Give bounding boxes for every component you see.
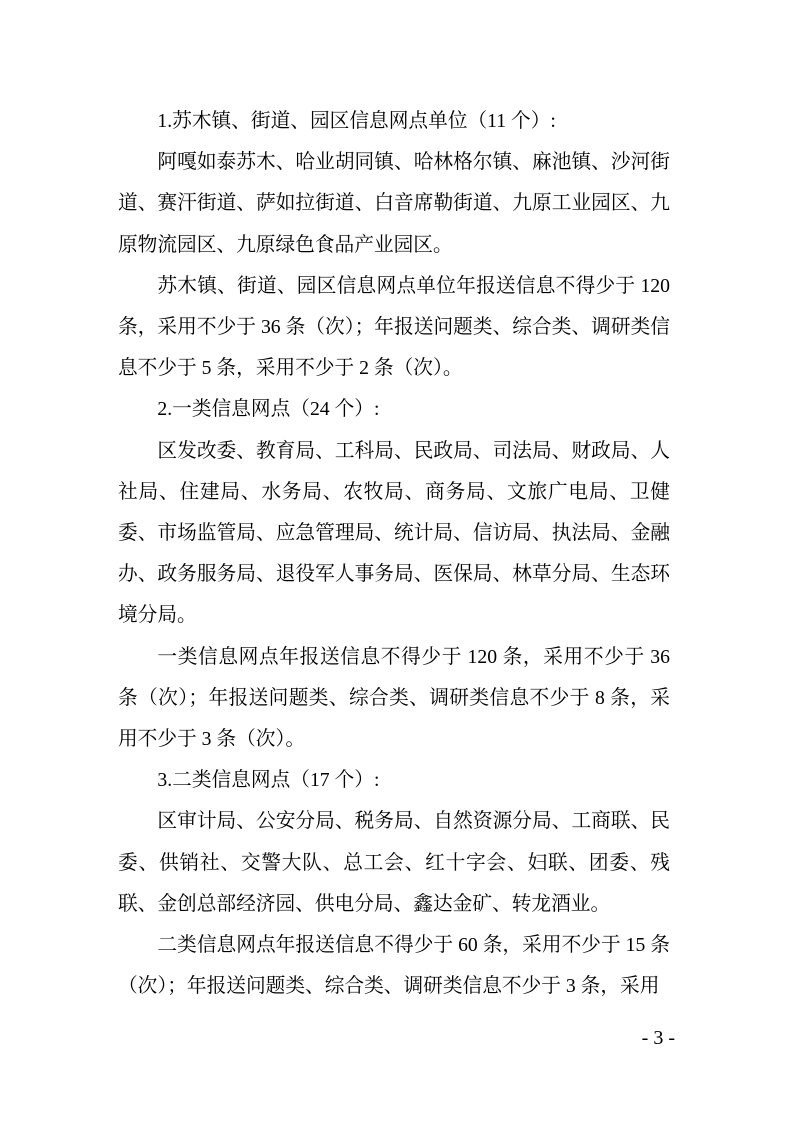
section-heading: 1.苏木镇、街道、园区信息网点单位（11 个）: (118, 101, 670, 142)
section-heading: 3.二类信息网点（17 个）: (118, 760, 670, 801)
document-body: 1.苏木镇、街道、园区信息网点单位（11 个）: 阿嘎如泰苏木、哈业胡同镇、哈林… (118, 101, 670, 1007)
paragraph: 一类信息网点年报送信息不得少于 120 条，采用不少于 36 条（次）；年报送问… (118, 637, 670, 761)
paragraph: 区发改委、教育局、工科局、民政局、司法局、财政局、人社局、住建局、水务局、农牧局… (118, 431, 670, 637)
page-number: - 3 - (118, 1024, 675, 1052)
document-page: 1.苏木镇、街道、园区信息网点单位（11 个）: 阿嘎如泰苏木、哈业胡同镇、哈林… (0, 0, 793, 1122)
paragraph: 阿嘎如泰苏木、哈业胡同镇、哈林格尔镇、麻池镇、沙河街道、赛汗街道、萨如拉街道、白… (118, 142, 670, 266)
paragraph: 二类信息网点年报送信息不得少于 60 条，采用不少于 15 条（次）；年报送问题… (118, 925, 670, 1007)
paragraph: 区审计局、公安分局、税务局、自然资源分局、工商联、民委、供销社、交警大队、总工会… (118, 801, 670, 925)
paragraph: 苏木镇、街道、园区信息网点单位年报送信息不得少于 120 条，采用不少于 36 … (118, 266, 670, 390)
section-heading: 2.一类信息网点（24 个）: (118, 389, 670, 430)
